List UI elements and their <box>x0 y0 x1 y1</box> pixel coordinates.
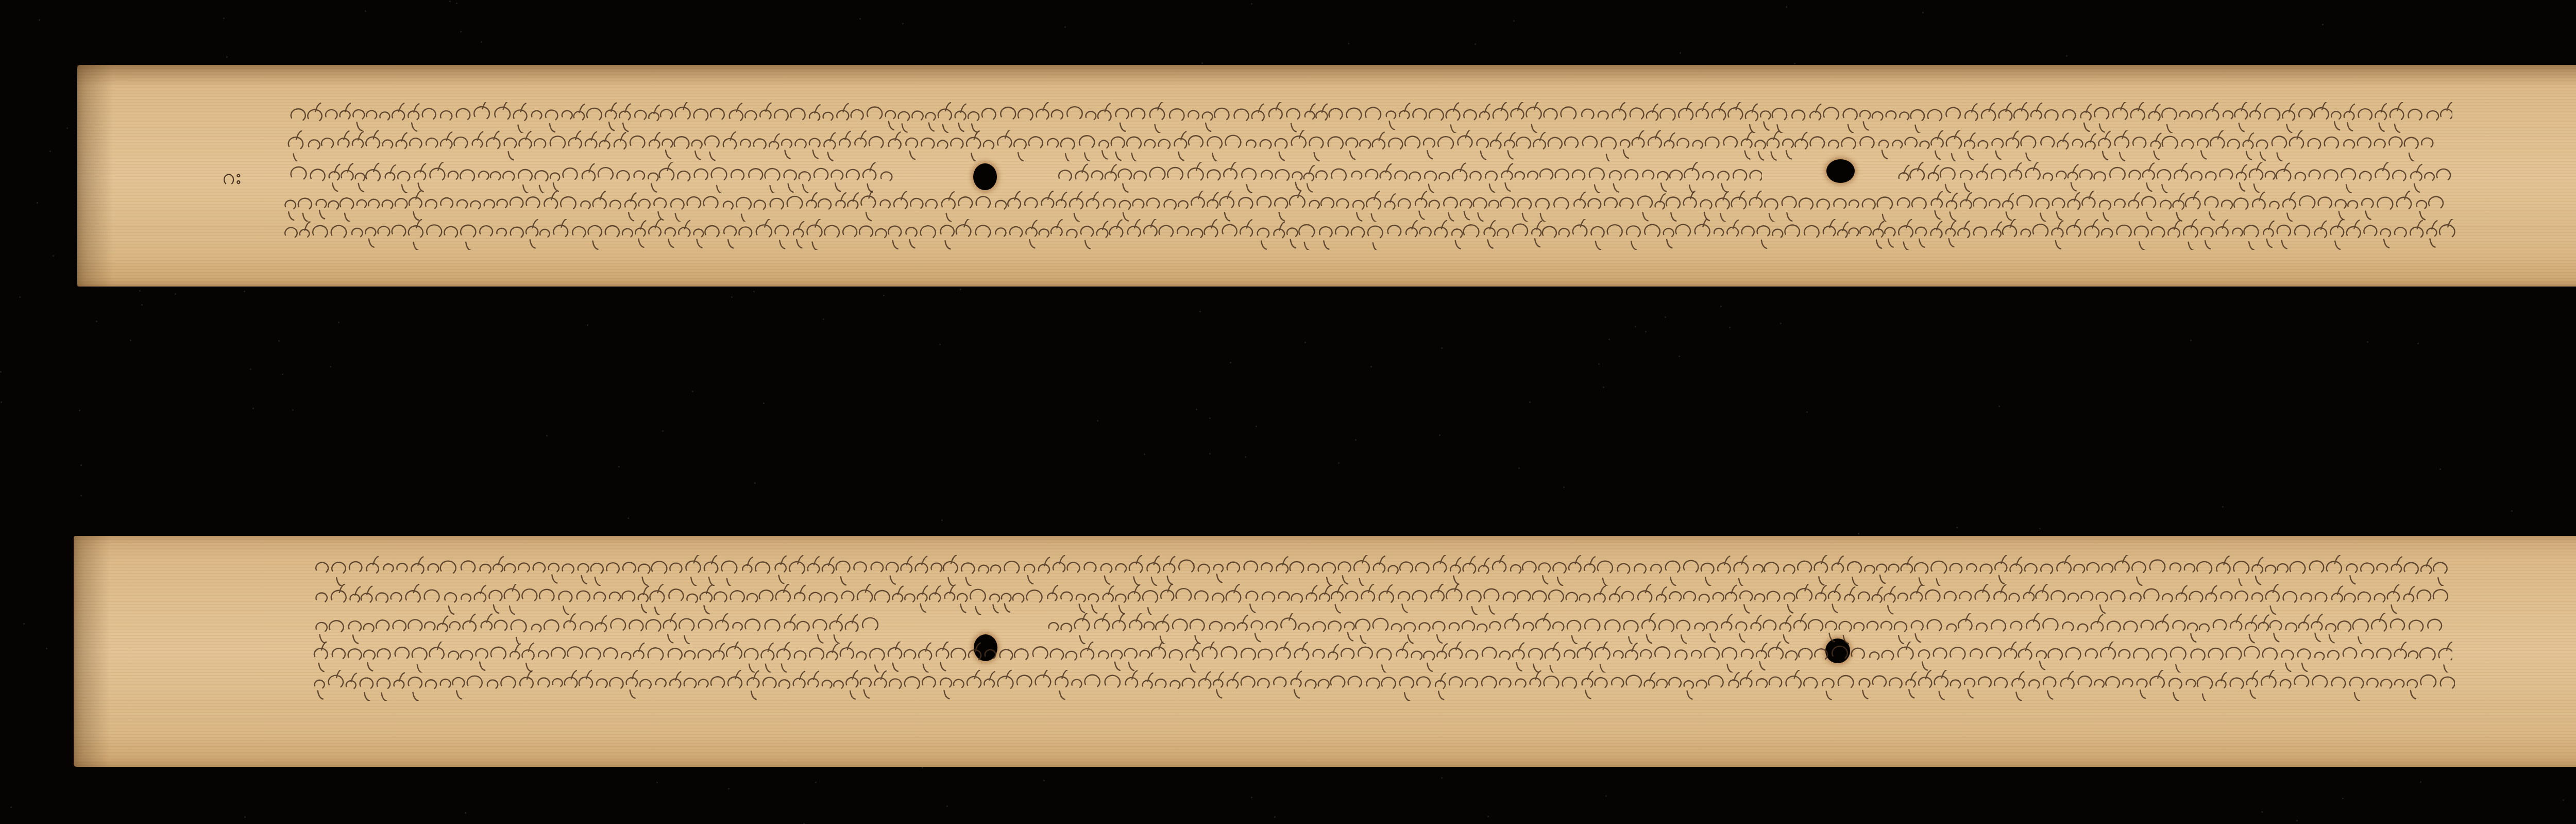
velvet-speck <box>656 782 658 783</box>
velvet-speck <box>1439 434 1440 436</box>
velvet-speck <box>1370 366 1372 367</box>
velvet-speck <box>0 371 2 373</box>
velvet-speck <box>2039 528 2041 529</box>
manuscript-text-line <box>312 642 2452 672</box>
manuscript-text-line <box>312 670 2455 701</box>
velvet-speck <box>1529 401 1531 403</box>
velvet-speck <box>883 295 885 296</box>
velvet-speck <box>1720 306 1722 307</box>
velvet-speck <box>278 340 280 342</box>
velvet-speck <box>1680 52 1681 54</box>
velvet-speck <box>587 324 588 326</box>
velvet-speck <box>39 19 40 21</box>
velvet-speck <box>1209 417 1211 419</box>
velvet-speck <box>1729 327 1731 328</box>
velvet-speck <box>1355 439 1357 441</box>
leaf-edge-shading <box>74 536 110 767</box>
velvet-speck <box>1043 780 1045 781</box>
velvet-speck <box>1 401 2 403</box>
velvet-speck <box>2261 811 2263 813</box>
velvet-speck <box>1097 420 1098 422</box>
manuscript-text-line <box>289 102 2452 133</box>
velvet-speck <box>2322 24 2324 25</box>
manuscript-text-line <box>1046 613 2452 644</box>
velvet-speck <box>80 464 82 466</box>
velvet-speck <box>1608 339 1610 340</box>
velvet-speck <box>960 289 961 290</box>
leaf-edge-shading <box>77 65 2576 86</box>
velvet-speck <box>1487 816 1489 817</box>
velvet-speck <box>754 482 756 484</box>
velvet-speck <box>728 788 730 789</box>
velvet-speck <box>66 127 68 129</box>
velvet-speck <box>465 812 466 814</box>
velvet-speck <box>941 519 943 521</box>
velvet-speck <box>96 321 97 322</box>
velvet-speck <box>1251 3 1252 5</box>
velvet-speck <box>1645 331 1647 332</box>
velvet-speck <box>1786 6 1787 8</box>
velvet-speck <box>1441 347 1443 349</box>
velvet-speck <box>226 56 228 58</box>
velvet-speck <box>2190 340 2192 341</box>
velvet-speck <box>1635 326 1636 327</box>
velvet-speck <box>1605 795 1607 797</box>
manuscript-text-line <box>289 162 899 193</box>
velvet-speck <box>139 290 141 292</box>
velvet-speck <box>19 296 21 298</box>
velvet-speck <box>662 430 664 432</box>
velvet-speck <box>1304 342 1306 343</box>
velvet-speck <box>456 3 457 4</box>
velvet-speck <box>1201 62 1203 64</box>
velvet-speck <box>628 517 629 519</box>
velvet-speck <box>1064 26 1066 28</box>
velvet-speck <box>2511 510 2513 512</box>
velvet-speck <box>1209 453 1211 455</box>
velvet-speck <box>130 340 131 341</box>
manuscript-text-line <box>313 555 2450 586</box>
velvet-speck <box>460 31 462 32</box>
velvet-speck <box>1956 527 1958 528</box>
velvet-speck <box>1858 533 1859 534</box>
manuscript-text-line <box>286 130 2442 161</box>
velvet-speck <box>815 782 817 783</box>
velvet-speck <box>1513 20 1515 22</box>
manuscript-text-line <box>282 219 2458 250</box>
velvet-speck <box>1199 311 1201 312</box>
velvet-speck <box>244 816 246 818</box>
velvet-speck <box>1196 409 1197 410</box>
velvet-speck <box>23 623 25 625</box>
velvet-speck <box>244 291 245 292</box>
velvet-speck <box>141 304 143 306</box>
velvet-speck <box>53 255 54 257</box>
velvet-speck <box>1274 816 1276 818</box>
velvet-speck <box>46 648 47 649</box>
velvet-speck <box>1563 486 1565 488</box>
velvet-speck <box>37 202 38 204</box>
velvet-speck <box>1922 12 1924 13</box>
velvet-speck <box>365 10 366 12</box>
velvet-speck <box>1518 467 1520 469</box>
manuscript-text-line <box>1056 162 1762 193</box>
velvet-speck <box>292 409 294 411</box>
velvet-speck <box>2417 343 2419 344</box>
velvet-speck <box>1475 43 1476 45</box>
string-hole <box>973 163 997 190</box>
velvet-speck <box>1230 362 1231 363</box>
velvet-speck <box>2420 781 2421 783</box>
velvet-speck <box>939 344 941 345</box>
velvet-speck <box>1338 462 1340 464</box>
velvet-speck <box>449 1 451 2</box>
manuscript-text-line <box>282 191 2452 222</box>
manuscript-text-line <box>313 584 2452 615</box>
velvet-speck <box>1998 406 2000 407</box>
velvet-speck <box>1256 426 1257 427</box>
velvet-speck <box>1251 797 1252 798</box>
velvet-speck <box>2342 798 2344 799</box>
velvet-speck <box>902 23 904 24</box>
velvet-speck <box>175 293 176 295</box>
folio-number: ဂး <box>223 162 241 195</box>
velvet-speck <box>823 318 824 320</box>
velvet-speck <box>618 466 620 467</box>
velvet-speck <box>338 322 340 323</box>
velvet-speck <box>250 368 251 370</box>
velvet-speck <box>2296 820 2298 821</box>
velvet-speck <box>1780 323 1782 324</box>
string-hole <box>1826 159 1855 183</box>
velvet-speck <box>49 150 51 152</box>
velvet-speck <box>2563 799 2564 801</box>
velvet-speck <box>252 408 254 409</box>
velvet-speck <box>859 18 861 20</box>
velvet-speck <box>2222 506 2224 508</box>
velvet-speck <box>223 18 225 19</box>
velvet-speck <box>1441 777 1443 779</box>
velvet-speck <box>1665 316 1666 318</box>
velvet-speck <box>2066 55 2067 57</box>
velvet-speck <box>1598 363 1600 365</box>
velvet-speck <box>692 391 693 392</box>
velvet-speck <box>1144 453 1145 455</box>
velvet-speck <box>330 366 331 367</box>
velvet-speck <box>946 805 948 807</box>
velvet-speck <box>2439 468 2441 470</box>
velvet-speck <box>753 291 755 292</box>
leaf-edge-shading <box>77 65 113 287</box>
velvet-speck <box>2367 341 2368 343</box>
velvet-speck <box>1679 356 1680 357</box>
velvet-speck <box>282 374 283 375</box>
velvet-speck <box>80 495 82 496</box>
velvet-speck <box>1806 411 1808 413</box>
velvet-speck <box>1794 63 1795 64</box>
velvet-speck <box>481 41 482 43</box>
velvet-speck <box>1603 386 1604 388</box>
velvet-speck <box>1348 43 1349 44</box>
velvet-speck <box>1245 456 1246 458</box>
velvet-speck <box>763 402 765 404</box>
velvet-speck <box>731 296 733 298</box>
velvet-speck <box>546 435 548 436</box>
manuscript-text-line <box>313 613 889 644</box>
velvet-speck <box>79 410 80 411</box>
velvet-speck <box>10 806 12 808</box>
manuscript-text-line <box>1896 162 2452 193</box>
